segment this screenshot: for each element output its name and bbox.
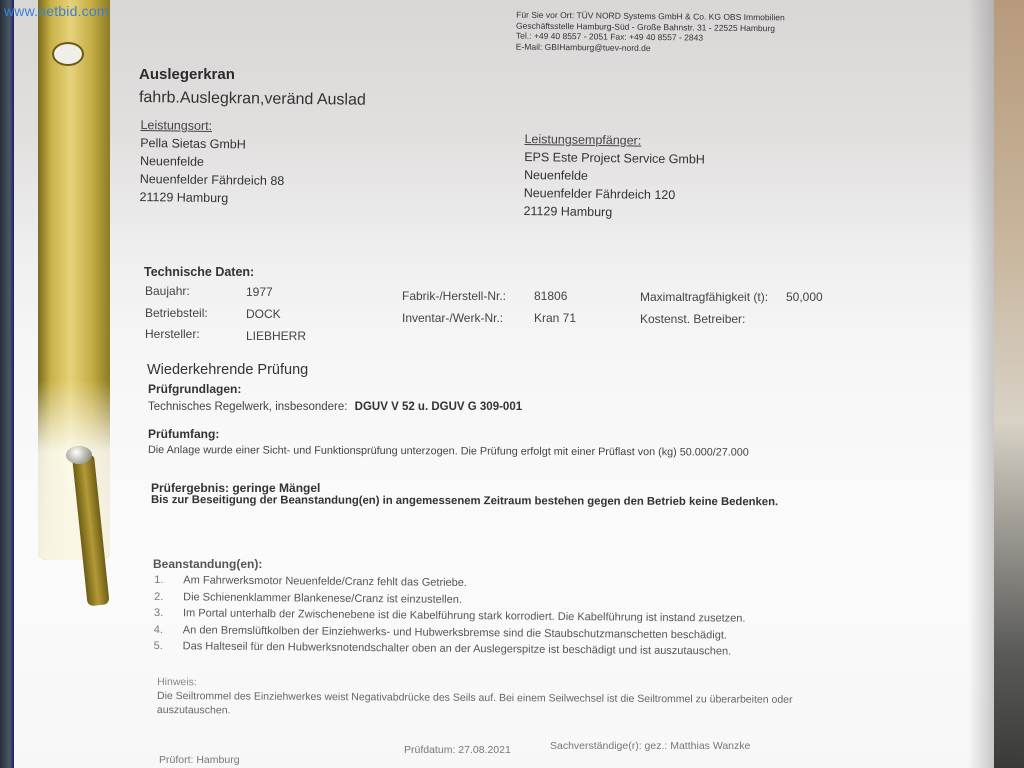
tech-label-betriebsteil: Betriebsteil: [145,306,208,320]
inspection-basis: Technisches Regelwerk, insbesondere: DGU… [148,401,522,413]
service-recipient: Leistungsempfänger: EPS Este Project Ser… [523,130,705,223]
tech-label-baujahr: Baujahr: [145,284,190,298]
defects-list: 1.Am Fahrwerksmotor Neuenfelde/Cranz feh… [154,572,746,660]
tech-label-fabrik-nr: Fabrik-/Herstell-Nr.: [402,289,506,303]
inspection-basis-text: Technisches Regelwerk, insbesondere: [148,401,347,413]
equipment-subtitle: fahrb.Auslegkran,veränd Auslad [139,89,366,110]
document-page: Für Sie vor Ort: TÜV NORD Systems GmbH &… [14,0,994,768]
tech-label-hersteller: Hersteller: [145,327,200,341]
tech-label-max-capacity: Maximaltragfähigkeit (t): [640,290,768,304]
service-recipient-line: 21129 Hamburg [523,202,704,223]
service-location-line: Neuenfelder Fährdeich 88 [140,170,285,190]
inspection-basis-heading: Prüfgrundlagen: [148,382,241,396]
service-location: Leistungsort: Pella Sietas GmbH Neuenfel… [139,116,285,208]
fastener-hole [52,42,84,66]
inspection-date: Prüfdatum: 27.08.2021 [404,744,511,756]
inspection-scope-text: Die Anlage wurde einer Sicht- und Funkti… [148,444,749,459]
defects-heading: Beanstandung(en): [153,557,262,571]
tech-value-fabrik-nr: 81806 [534,289,567,303]
issuer-header: Für Sie vor Ort: TÜV NORD Systems GmbH &… [516,10,785,55]
service-location-line: 21129 Hamburg [139,188,284,208]
tech-value-max-capacity: 50,000 [786,290,823,304]
tech-value-hersteller: LIEBHERR [246,329,306,343]
equipment-title: Auslegerkran [139,66,235,83]
inspection-certificate: Für Sie vor Ort: TÜV NORD Systems GmbH &… [14,0,994,768]
inspection-basis-standard: DGUV V 52 u. DGUV G 309-001 [355,401,522,413]
inspection-scope-heading: Prüfumfang: [148,427,219,441]
fastener-rivet [66,446,92,464]
inspection-type: Wiederkehrende Prüfung [147,362,308,378]
service-location-line: Neuenfelde [140,152,285,172]
inspection-result-heading: Prüfergebnis: geringe Mängel [151,481,320,495]
note: Hinweis: Die Seiltrommel des Einziehwerk… [157,675,793,721]
inspection-result-text: Bis zur Beseitigung der Beanstandung(en)… [151,494,778,508]
watermark: www.netbid.com [4,3,109,19]
tech-value-inventar-nr: Kran 71 [534,311,576,325]
binder-cover-edge [0,0,14,768]
inspection-place: Prüfort: Hamburg [159,754,240,766]
tech-label-inventar-nr: Inventar-/Werk-Nr.: [402,311,503,325]
tech-value-baujahr: 1977 [246,285,273,299]
tech-value-betriebsteil: DOCK [246,307,281,321]
technical-data-heading: Technische Daten: [144,265,254,279]
tech-label-cost-center: Kostenst. Betreiber: [640,312,745,326]
inspector-signature: Sachverständige(r): gez.: Matthias Wanzk… [550,740,750,752]
service-location-label: Leistungsort: [140,116,285,136]
service-location-line: Pella Sietas GmbH [140,134,285,154]
issuer-email: E-Mail: GBIHamburg@tuev-nord.de [516,41,785,54]
